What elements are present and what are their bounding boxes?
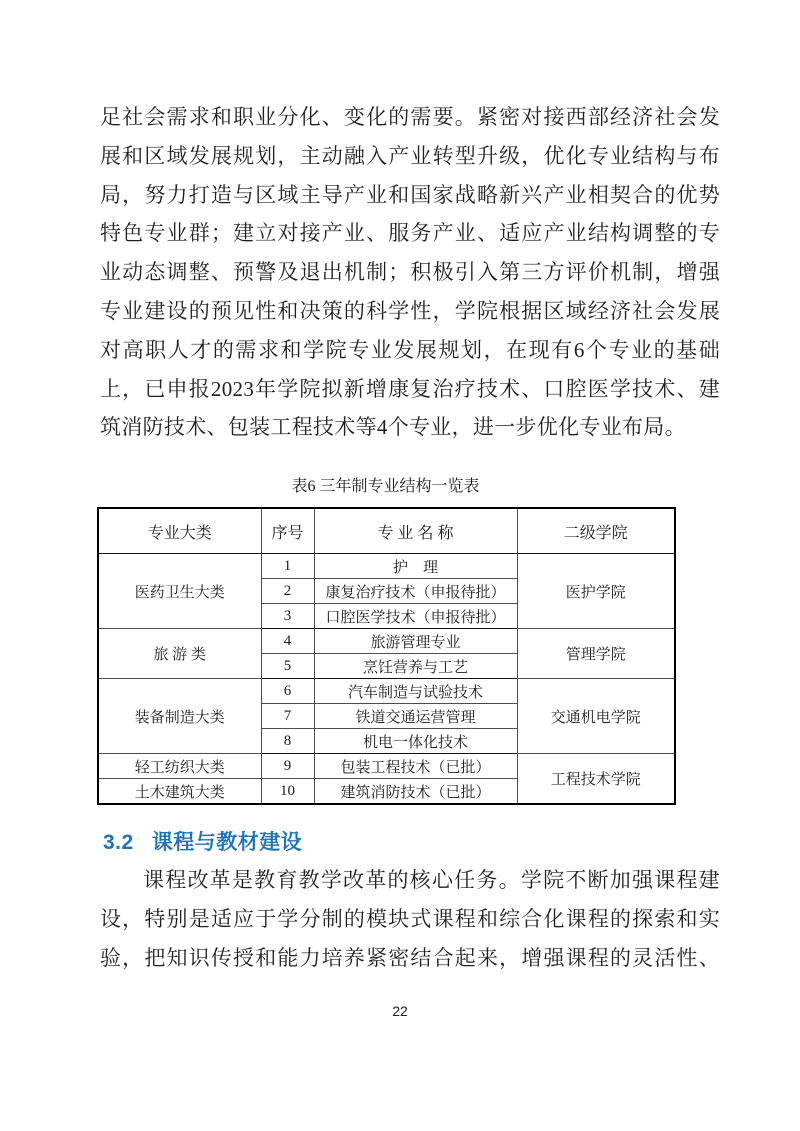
header-cell-major: 专 业 名 称 — [314, 508, 517, 554]
cell-no: 9 — [261, 754, 314, 779]
paragraph-1: 足社会需求和职业分化、变化的需要。紧密对接西部经济社会发 展和区域发展规划，主动… — [100, 98, 720, 447]
cell-category: 旅 游 类 — [98, 629, 261, 679]
section-heading: 3.2课程与教材建设 — [103, 830, 302, 856]
cell-college: 交通机电学院 — [517, 679, 675, 754]
cell-no: 10 — [261, 779, 314, 805]
paragraph-line: 对高职人才的需求和学院专业发展规划，在现有6个专业的基础 — [100, 331, 720, 370]
section-title: 课程与教材建设 — [152, 831, 303, 854]
paragraph-line: 特色专业群；建立对接产业、服务产业、适应产业结构调整的专 — [100, 214, 720, 253]
cell-category: 装备制造大类 — [98, 679, 261, 754]
cell-no: 4 — [261, 629, 314, 654]
cell-category: 土木建筑大类 — [98, 779, 261, 805]
cell-college: 工程技术学院 — [517, 754, 675, 805]
paragraph-line: 课程改革是教育教学改革的核心任务。学院不断加强课程建 — [100, 861, 720, 900]
cell-no: 2 — [261, 579, 314, 604]
section-number: 3.2 — [103, 831, 134, 854]
document-page: 足社会需求和职业分化、变化的需要。紧密对接西部经济社会发 展和区域发展规划，主动… — [0, 0, 800, 1131]
cell-category: 医药卫生大类 — [98, 554, 261, 629]
cell-no: 1 — [261, 554, 314, 579]
table-row: 医药卫生大类 1 护 理 医护学院 — [98, 554, 675, 579]
cell-major: 康复治疗技术（申报待批） — [314, 579, 517, 604]
table-row: 装备制造大类 6 汽车制造与试验技术 交通机电学院 — [98, 679, 675, 704]
table-header-row: 专业大类 序号 专 业 名 称 二级学院 — [98, 508, 675, 554]
cell-no: 3 — [261, 604, 314, 629]
paragraph-line: 专业建设的预见性和决策的科学性，学院根据区域经济社会发展 — [100, 292, 720, 331]
cell-college: 医护学院 — [517, 554, 675, 629]
cell-major: 建筑消防技术（已批） — [314, 779, 517, 805]
header-cell-no: 序号 — [261, 508, 314, 554]
header-cell-college: 二级学院 — [517, 508, 675, 554]
cell-major: 机电一体化技术 — [314, 729, 517, 754]
cell-major: 铁道交通运营管理 — [314, 704, 517, 729]
paragraph-line: 足社会需求和职业分化、变化的需要。紧密对接西部经济社会发 — [100, 98, 720, 137]
cell-no: 7 — [261, 704, 314, 729]
cell-major: 护 理 — [314, 554, 517, 579]
cell-major: 包装工程技术（已批） — [314, 754, 517, 779]
cell-no: 5 — [261, 654, 314, 679]
table-row: 轻工纺织大类 9 包装工程技术（已批） 工程技术学院 — [98, 754, 675, 779]
cell-college: 管理学院 — [517, 629, 675, 679]
paragraph-line: 业动态调整、预警及退出机制；积极引入第三方评价机制，增强 — [100, 253, 720, 292]
majors-table: 专业大类 序号 专 业 名 称 二级学院 医药卫生大类 1 护 理 医护学院 2… — [97, 507, 676, 805]
cell-no: 6 — [261, 679, 314, 704]
paragraph-line: 上，已申报2023年学院拟新增康复治疗技术、口腔医学技术、建 — [100, 370, 720, 409]
table-row: 旅 游 类 4 旅游管理专业 管理学院 — [98, 629, 675, 654]
table-caption: 表6 三年制专业结构一览表 — [97, 476, 674, 498]
page-number: 22 — [0, 1003, 800, 1019]
cell-major: 烹饪营养与工艺 — [314, 654, 517, 679]
cell-category: 轻工纺织大类 — [98, 754, 261, 779]
paragraph-line: 局，努力打造与区域主导产业和国家战略新兴产业相契合的优势 — [100, 176, 720, 215]
cell-major: 口腔医学技术（申报待批） — [314, 604, 517, 629]
paragraph-line: 筑消防技术、包装工程技术等4个专业，进一步优化专业布局。 — [100, 408, 720, 447]
majors-table-wrapper: 专业大类 序号 专 业 名 称 二级学院 医药卫生大类 1 护 理 医护学院 2… — [97, 507, 676, 805]
cell-no: 8 — [261, 729, 314, 754]
paragraph-line: 验，把知识传授和能力培养紧密结合起来，增强课程的灵活性、 — [100, 939, 720, 978]
header-cell-category: 专业大类 — [98, 508, 261, 554]
paragraph-line: 展和区域发展规划，主动融入产业转型升级，优化专业结构与布 — [100, 137, 720, 176]
cell-major: 汽车制造与试验技术 — [314, 679, 517, 704]
paragraph-line: 设，特别是适应于学分制的模块式课程和综合化课程的探索和实 — [100, 900, 720, 939]
cell-major: 旅游管理专业 — [314, 629, 517, 654]
paragraph-2: 课程改革是教育教学改革的核心任务。学院不断加强课程建 设，特别是适应于学分制的模… — [100, 861, 720, 977]
